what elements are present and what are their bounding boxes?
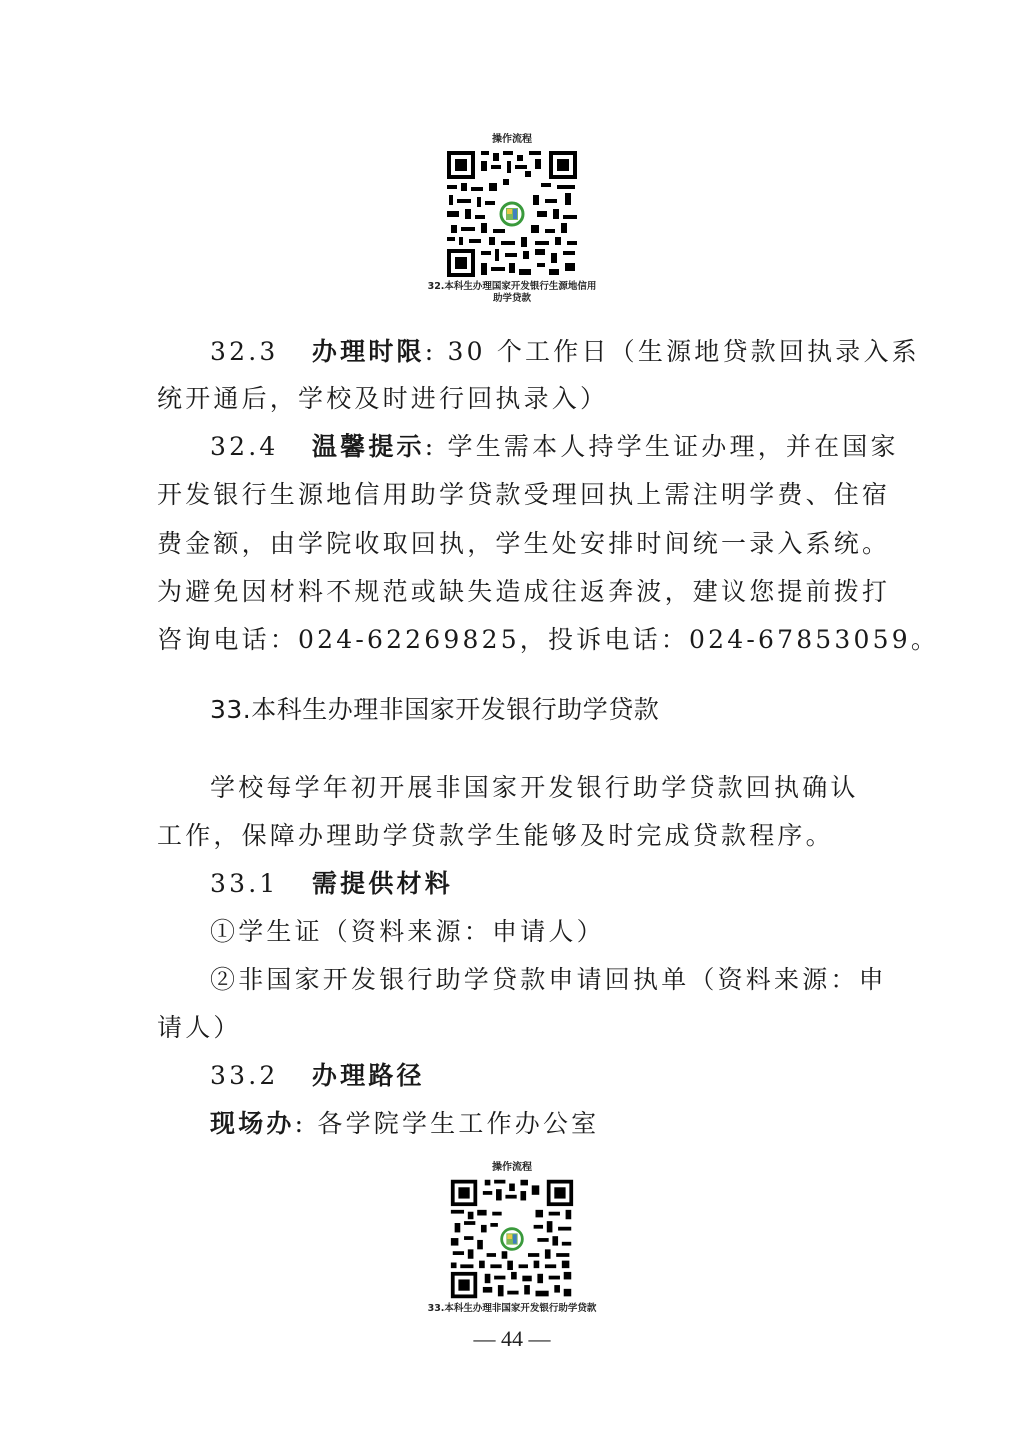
qr-caption-line2: 助学贷款 — [0, 293, 1024, 305]
paragraph-line: 学校每学年初开展非国家开发银行助学贷款回执确认 — [210, 773, 925, 803]
material-item-1: ①学生证（资料来源：申请人） — [210, 917, 925, 947]
paragraph-32-3: 32.3 办理时限: 30 个工作日（生源地贷款回执录入系 — [210, 337, 925, 367]
paragraph-line: 开发银行生源地信用助学贷款受理回执上需注明学费、住宿 — [157, 480, 872, 510]
paragraph-line: 工作，保障办理助学贷款学生能够及时完成贷款程序。 — [157, 821, 872, 851]
paragraph-line: 费金额，由学院收取回执，学生处安排时间统一录入系统。 — [157, 529, 872, 559]
paragraph-text: : 学生需本人持学生证办理，并在国家 — [425, 432, 899, 461]
section-label: 办理路径 — [312, 1061, 425, 1090]
paragraph-text: : 30 个工作日（生源地贷款回执录入系 — [425, 337, 920, 366]
qr-code-icon — [445, 149, 579, 279]
qr-caption: 32.本科生办理国家开发银行生源地信用 — [0, 281, 1024, 293]
section-label: 温馨提示 — [312, 432, 425, 461]
section-number: 32.3 — [210, 337, 278, 366]
paragraph-33-1: 33.1 需提供材料 — [210, 869, 925, 899]
section-heading-33: 33.本科生办理非国家开发银行助学贷款 — [210, 695, 925, 725]
material-item-2: ②非国家开发银行助学贷款申请回执单（资料来源：申 — [210, 965, 925, 995]
qr-title: 操作流程 — [0, 1158, 1024, 1173]
section-number: 32.4 — [210, 432, 278, 461]
paragraph-32-4: 32.4 温馨提示: 学生需本人持学生证办理，并在国家 — [210, 432, 925, 462]
contact-phone-line: 咨询电话：024-62269825，投诉电话：024-67853059。 — [157, 625, 872, 655]
paragraph-33-2: 33.2 办理路径 — [210, 1061, 925, 1091]
qr-block-33: 操作流程 33.本科生办理非国家开发银行助学贷款 — [0, 1158, 1024, 1315]
paragraph-line: 统开通后，学校及时进行回执录入） — [157, 384, 872, 414]
material-item-2-cont: 请人） — [157, 1013, 872, 1043]
qr-code-icon — [449, 1177, 575, 1301]
onsite-path: 现场办: 各学院学生工作办公室 — [210, 1109, 925, 1139]
qr-block-32: 操作流程 32.本科生办理国家开发银行生源地信用 助学贷款 — [0, 130, 1024, 305]
section-label: 需提供材料 — [312, 869, 453, 898]
page-number: — 44 — — [0, 1326, 1024, 1352]
section-label: 办理时限 — [312, 337, 425, 366]
onsite-text: : 各学院学生工作办公室 — [295, 1109, 600, 1138]
section-number: 33.1 — [210, 869, 278, 898]
paragraph-line: 为避免因材料不规范或缺失造成往返奔波，建议您提前拨打 — [157, 577, 872, 607]
qr-caption: 33.本科生办理非国家开发银行助学贷款 — [0, 1303, 1024, 1315]
qr-title: 操作流程 — [0, 130, 1024, 145]
onsite-label: 现场办 — [210, 1109, 295, 1138]
section-number: 33.2 — [210, 1061, 278, 1090]
